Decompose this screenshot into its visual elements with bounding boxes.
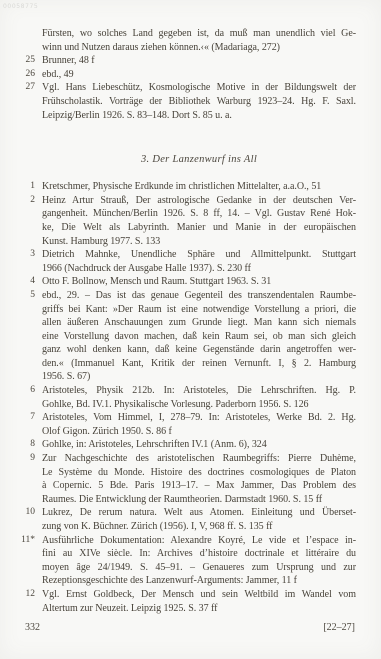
note-text: Dietrich Mahnke, Unendliche Sphäre und A…	[42, 248, 356, 275]
note-line: Gohlke, in: Aristoteles, Lehrschriften I…	[42, 438, 356, 452]
note-line: moyen âge 24/1949. S. 45–91. – Genaueres…	[42, 561, 356, 575]
note-line: Aristoteles, Vom Himmel, I, 278–79. In: …	[42, 411, 356, 425]
note-number: 11*	[0, 534, 35, 548]
note-line: 1956. S. 67)	[42, 370, 356, 384]
note-item: 1 Kretschmer, Physische Erdkunde im chri…	[0, 180, 381, 194]
note-line: Zur Nachgeschichte des aristotelischen R…	[42, 452, 356, 466]
note-text: Zur Nachgeschichte des aristotelischen R…	[42, 452, 356, 506]
note-number: 3	[0, 248, 35, 262]
scan-stamp: 00058775	[3, 3, 38, 10]
note-line: ebd., 49	[42, 68, 356, 82]
note-number: 2	[0, 194, 35, 208]
note-line: Dietrich Mahnke, Unendliche Sphäre und A…	[42, 248, 356, 262]
note-item: 27 Vgl. Hans Liebeschütz, Kosmologische …	[0, 81, 381, 122]
note-number: 6	[0, 384, 35, 398]
note-number: 27	[0, 81, 35, 95]
page-number: 332	[25, 621, 40, 635]
note-line: gangenheit. München/Berlin 1926. S. 8 ff…	[42, 207, 356, 221]
note-text: Otto F. Bollnow, Mensch und Raum. Stuttg…	[42, 275, 356, 289]
note-text: Gohlke, in: Aristoteles, Lehrschriften I…	[42, 438, 356, 452]
note-text: Lukrez, De rerum natura. Welt aus Atomen…	[42, 506, 356, 533]
note-line: Vgl. Hans Liebeschütz, Kosmologische Mot…	[42, 81, 356, 95]
note-number: 10	[0, 506, 35, 520]
note-item: 9 Zur Nachgeschichte des aristotelischen…	[0, 452, 381, 506]
note-number: 26	[0, 68, 35, 82]
note-number: 25	[0, 54, 35, 68]
note-line: eine Vorstellung davon machen, daß kein …	[42, 330, 356, 344]
note-line: à Copernic. 5 Bde. Paris 1913–17. – Max …	[42, 479, 356, 493]
note-line: Gohlke, Bd. IV.1. Physikalische Vorlesun…	[42, 398, 356, 412]
note-text: Vgl. Hans Liebeschütz, Kosmologische Mot…	[42, 81, 356, 122]
note-line: ke, Die Welt als Labyrinth. Manier und M…	[42, 221, 356, 235]
note-text: Aristoteles, Physik 212b. In: Aristotele…	[42, 384, 356, 411]
note-line: zung von K. Büchner. Zürich (1956). I, V…	[42, 520, 356, 534]
footer-note-range: [22–27]	[323, 621, 355, 635]
note-text: Fürsten, wo solches Land gegeben ist, da…	[42, 27, 356, 54]
note-item: 6 Aristoteles, Physik 212b. In: Aristote…	[0, 384, 381, 411]
note-line: Raumes. Die Entwicklung der Raumtheorien…	[42, 493, 356, 507]
note-line: den.« (Immanuel Kant, Kritik der reinen …	[42, 357, 356, 371]
note-item: 25 Brunner, 48 f	[0, 54, 381, 68]
note-line: Altertum zur Neuzeit. Leipzig 1925. S. 3…	[42, 602, 356, 616]
note-number: 5	[0, 289, 35, 303]
note-line: Lukrez, De rerum natura. Welt aus Atomen…	[42, 506, 356, 520]
note-line: Le Système du Monde. Histoire des doctri…	[42, 466, 356, 480]
note-number: 4	[0, 275, 35, 289]
note-item: 11* Ausführliche Dokumentation: Alexandr…	[0, 534, 381, 588]
note-item: 3 Dietrich Mahnke, Unendliche Sphäre und…	[0, 248, 381, 275]
note-line: Leipzig/Berlin 1926. S. 83–148. Dort S. …	[42, 109, 356, 123]
note-item: 4 Otto F. Bollnow, Mensch und Raum. Stut…	[0, 275, 381, 289]
note-line: Otto F. Bollnow, Mensch und Raum. Stuttg…	[42, 275, 356, 289]
note-text: Brunner, 48 f	[42, 54, 356, 68]
page-footer: 332 [22–27]	[0, 621, 381, 635]
note-line: griffs bei Kant: »Der Raum ist eine notw…	[42, 303, 356, 317]
note-text: Aristoteles, Vom Himmel, I, 278–79. In: …	[42, 411, 356, 438]
note-item: Fürsten, wo solches Land gegeben ist, da…	[0, 27, 381, 54]
note-number: 1	[0, 180, 35, 194]
note-number: 7	[0, 411, 35, 425]
note-line: Heinz Artur Strauß, Der astrologische Ge…	[42, 194, 356, 208]
note-line: fini au XIVe siècle. In: Archives d’hist…	[42, 547, 356, 561]
note-line: Olof Gigon. Zürich 1950. S. 86 f	[42, 425, 356, 439]
note-line: ganz wohl denken kann, daß keine Gegenst…	[42, 343, 356, 357]
note-text: Ausführliche Dokumentation: Alexandre Ko…	[42, 534, 356, 588]
note-text: ebd., 29. – Das ist das genaue Gegenteil…	[42, 289, 356, 384]
book-page-scan: 00058775 Fürsten, wo solches Land gegebe…	[0, 0, 381, 659]
section-heading: 3. Der Lanzenwurf ins All	[42, 153, 356, 167]
page-content: Fürsten, wo solches Land gegeben ist, da…	[0, 0, 381, 615]
note-line: allen äußeren Anschauungen zum Grunde li…	[42, 316, 356, 330]
note-text: Kretschmer, Physische Erdkunde im christ…	[42, 180, 356, 194]
note-text: Heinz Artur Strauß, Der astrologische Ge…	[42, 194, 356, 248]
note-line: Kunst. Hamburg 1977. S. 133	[42, 235, 356, 249]
note-line: Aristoteles, Physik 212b. In: Aristotele…	[42, 384, 356, 398]
note-number: 8	[0, 438, 35, 452]
note-item: 2 Heinz Artur Strauß, Der astrologische …	[0, 194, 381, 248]
note-text: Vgl. Ernst Goldbeck, Der Mensch und sein…	[42, 588, 356, 615]
note-item: 7 Aristoteles, Vom Himmel, I, 278–79. In…	[0, 411, 381, 438]
note-line: 1966 (Nachdruck der Ausgabe Halle 1937).…	[42, 262, 356, 276]
note-line: Kretschmer, Physische Erdkunde im christ…	[42, 180, 356, 194]
note-text: ebd., 49	[42, 68, 356, 82]
note-list-top: Fürsten, wo solches Land gegeben ist, da…	[0, 27, 381, 122]
note-line: Frühscholastik. Vorträge der Bibliothek …	[42, 95, 356, 109]
note-item: 10 Lukrez, De rerum natura. Welt aus Ato…	[0, 506, 381, 533]
note-number: 9	[0, 452, 35, 466]
note-item: 8 Gohlke, in: Aristoteles, Lehrschriften…	[0, 438, 381, 452]
note-item: 26 ebd., 49	[0, 68, 381, 82]
note-line: ebd., 29. – Das ist das genaue Gegenteil…	[42, 289, 356, 303]
note-line: Ausführliche Dokumentation: Alexandre Ko…	[42, 534, 356, 548]
note-item: 12 Vgl. Ernst Goldbeck, Der Mensch und s…	[0, 588, 381, 615]
note-line: winn und Nutzen daraus ziehen können.‹« …	[42, 41, 356, 55]
note-line: Brunner, 48 f	[42, 54, 356, 68]
note-number: 12	[0, 588, 35, 602]
note-line: Vgl. Ernst Goldbeck, Der Mensch und sein…	[42, 588, 356, 602]
note-list-main: 1 Kretschmer, Physische Erdkunde im chri…	[0, 180, 381, 615]
note-line: Rezeptionsgeschichte des Lanzenwurf-Argu…	[42, 574, 356, 588]
note-line: Fürsten, wo solches Land gegeben ist, da…	[42, 27, 356, 41]
note-item: 5 ebd., 29. – Das ist das genaue Gegente…	[0, 289, 381, 384]
